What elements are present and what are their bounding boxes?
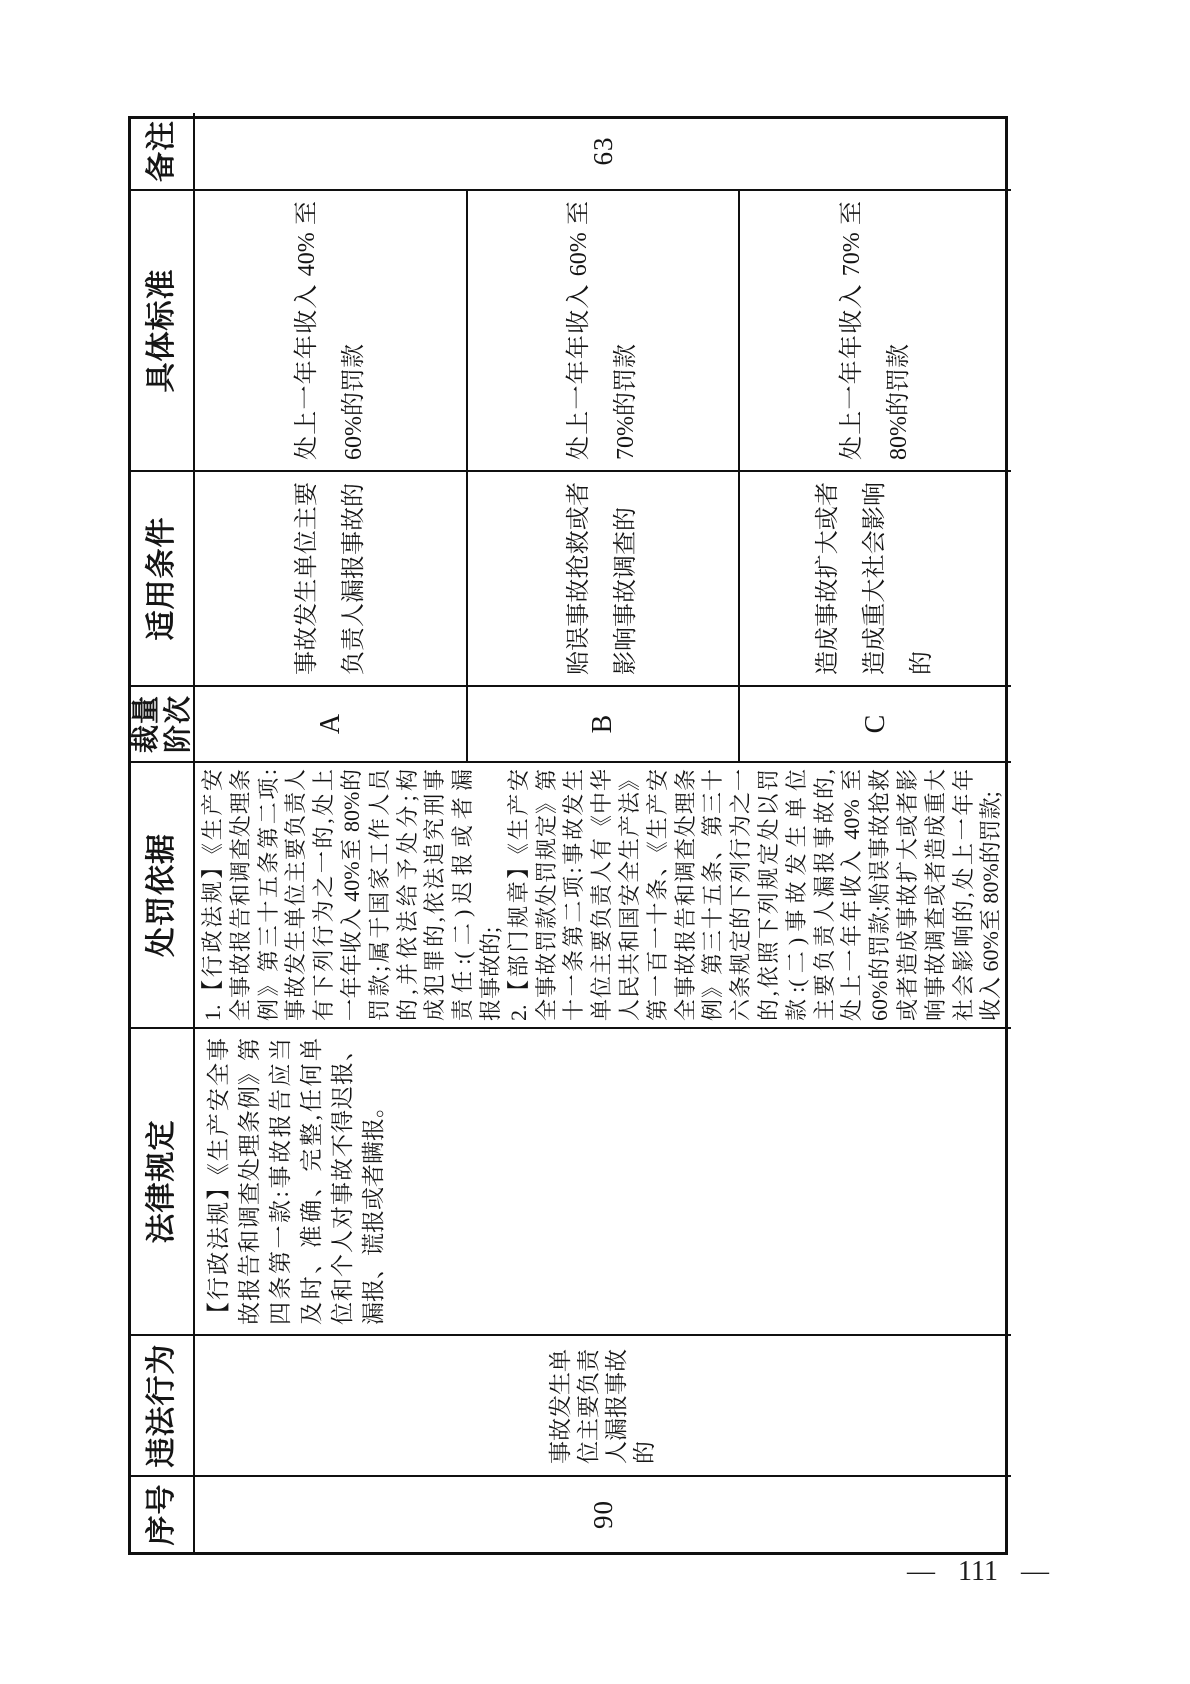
legal-provision-text: 【行政法规】《生产安全事故报告和调查处理条例》第四条第一款:事故报告应当及时、准… bbox=[203, 1038, 389, 1325]
cell-violation: 事故发生单位主要负责人漏报事故的 bbox=[195, 1334, 1011, 1475]
cell-serial-number: 90 bbox=[195, 1475, 1011, 1552]
document-page: 序号 违法行为 法律规定 处罚依据 裁量 阶次 适用条件 具体标准 备注 90 … bbox=[0, 0, 1190, 1684]
text-line: 负责人漏报事故的 bbox=[331, 482, 378, 675]
standard-c-text: 处上一年年收入 70% 至80%的罚款 bbox=[829, 201, 923, 460]
col-header-legal: 法律规定 bbox=[131, 1027, 195, 1334]
text-line: 款:(二)事故发生单位 bbox=[783, 769, 811, 1021]
text-line: 四条第一款:事故报告应当 bbox=[265, 1038, 296, 1325]
text-line: 处上一年年收入 70% 至 bbox=[829, 201, 876, 460]
cell-legal-provision: 【行政法规】《生产安全事故报告和调查处理条例》第四条第一款:事故报告应当及时、准… bbox=[195, 1027, 1011, 1334]
text-line: 响事故调查或者造成重大 bbox=[922, 769, 950, 1021]
cell-standard-a: 处上一年年收入 40% 至60%的罚款 bbox=[195, 189, 468, 470]
text-line: 社会影响的,处上一年年 bbox=[950, 769, 978, 1021]
col-header-remark: 备注 bbox=[131, 113, 195, 189]
col-header-tier: 裁量 阶次 bbox=[131, 685, 195, 761]
condition-c-text: 造成事故扩大或者造成重大社会影响的 bbox=[805, 482, 946, 675]
cell-remark-number: 63 bbox=[195, 113, 1011, 189]
text-line: 70%的罚款 bbox=[603, 201, 650, 460]
text-line: 1.【行政法规】《生产安 bbox=[199, 769, 227, 1021]
text-line: 60%的罚款;贻误事故抢救 bbox=[866, 769, 894, 1021]
text-line: 【行政法规】《生产安全事 bbox=[203, 1038, 234, 1325]
standard-a-text: 处上一年年收入 40% 至60%的罚款 bbox=[284, 201, 378, 460]
text-line: 例》第三十五条第二项: bbox=[255, 769, 283, 1021]
condition-b-text: 贻误事故抢救或者影响事故调查的 bbox=[556, 482, 650, 675]
text-line: 第一百一十条、《生产安 bbox=[644, 769, 672, 1021]
penalty-discretion-table: 序号 违法行为 法律规定 处罚依据 裁量 阶次 适用条件 具体标准 备注 90 … bbox=[128, 116, 1008, 1555]
text-line: 80%的罚款 bbox=[876, 201, 923, 460]
text-line: 人民共和国安全生产法》 bbox=[616, 769, 644, 1021]
condition-a-text: 事故发生单位主要负责人漏报事故的 bbox=[284, 482, 378, 675]
col-header-penalty-basis: 处罚依据 bbox=[131, 761, 195, 1027]
text-line: 罚款;属于国家工作人员 bbox=[366, 769, 394, 1021]
col-header-condition: 适用条件 bbox=[131, 470, 195, 685]
text-line: 全事故报告和调查处理条 bbox=[227, 769, 255, 1021]
text-line: 人漏报事故 bbox=[603, 1347, 631, 1464]
cell-penalty-basis: 1.【行政法规】《生产安全事故报告和调查处理条例》第三十五条第二项:事故发生单位… bbox=[195, 761, 1011, 1027]
text-line: 位主要负责 bbox=[575, 1347, 603, 1464]
text-line: 成犯罪的,依法追究刑事 bbox=[421, 769, 449, 1021]
penalty-basis-text: 1.【行政法规】《生产安全事故报告和调查处理条例》第三十五条第二项:事故发生单位… bbox=[199, 769, 1005, 1021]
text-line: 有下列行为之一的,处上 bbox=[310, 769, 338, 1021]
text-line: 2.【部门规章】《生产安 bbox=[505, 769, 533, 1021]
text-line: 报事故的; bbox=[477, 769, 505, 1021]
cell-tier-b: B bbox=[468, 685, 740, 761]
cell-standard-c: 处上一年年收入 70% 至80%的罚款 bbox=[740, 189, 1011, 470]
text-line: 处上一年年收入 40% 至 bbox=[838, 769, 866, 1021]
text-line: 的 bbox=[899, 482, 946, 675]
page-number: — 111 — bbox=[848, 1556, 1108, 1592]
cell-condition-c: 造成事故扩大或者造成重大社会影响的 bbox=[740, 470, 1011, 685]
cell-tier-a: A bbox=[195, 685, 468, 761]
text-line: 事故发生单 bbox=[547, 1347, 575, 1464]
col-header-standard: 具体标准 bbox=[131, 189, 195, 470]
text-line: 或者造成事故扩大或者影 bbox=[894, 769, 922, 1021]
text-line: 造成重大社会影响 bbox=[852, 482, 899, 675]
text-line: 贻误事故抢救或者 bbox=[556, 482, 603, 675]
text-line: 影响事故调查的 bbox=[603, 482, 650, 675]
text-line: 六条规定的下列行为之一 bbox=[727, 769, 755, 1021]
col-header-serial: 序号 bbox=[131, 1475, 195, 1552]
cell-tier-c: C bbox=[740, 685, 1011, 761]
text-line: 的,依照下列规定处以罚 bbox=[755, 769, 783, 1021]
text-line: 全事故罚款处罚规定》第 bbox=[533, 769, 561, 1021]
text-line: 漏报、谎报或者瞒报。 bbox=[358, 1038, 389, 1325]
text-line: 事故发生单位主要负责人 bbox=[282, 769, 310, 1021]
text-line: 故报告和调查处理条例》第 bbox=[234, 1038, 265, 1325]
standard-b-text: 处上一年年收入 60% 至70%的罚款 bbox=[556, 201, 650, 460]
text-line: 责任:(二)迟报或者漏 bbox=[449, 769, 477, 1021]
rotated-table-container: 序号 违法行为 法律规定 处罚依据 裁量 阶次 适用条件 具体标准 备注 90 … bbox=[128, 116, 1008, 1555]
text-line: 主要负责人漏报事故的, bbox=[811, 769, 839, 1021]
text-line: 位和个人对事故不得迟报、 bbox=[327, 1038, 358, 1325]
text-line: 一年年收入 40%至 80%的 bbox=[338, 769, 366, 1021]
cell-standard-b: 处上一年年收入 60% 至70%的罚款 bbox=[468, 189, 740, 470]
text-line: 造成事故扩大或者 bbox=[805, 482, 852, 675]
text-line: 60%的罚款 bbox=[331, 201, 378, 460]
text-line: 事故发生单位主要 bbox=[284, 482, 331, 675]
text-line: 处上一年年收入 40% 至 bbox=[284, 201, 331, 460]
text-line: 的 bbox=[631, 1347, 659, 1464]
violation-text: 事故发生单位主要负责人漏报事故的 bbox=[547, 1347, 659, 1464]
text-line: 例》第三十五条、第三十 bbox=[699, 769, 727, 1021]
text-line: 处上一年年收入 60% 至 bbox=[556, 201, 603, 460]
text-line: 全事故报告和调查处理条 bbox=[672, 769, 700, 1021]
text-line: 单位主要负责人有《中华 bbox=[588, 769, 616, 1021]
text-line: 收入 60%至 80%的罚款; bbox=[977, 769, 1005, 1021]
text-line: 的,并依法给予处分;构 bbox=[394, 769, 422, 1021]
cell-condition-a: 事故发生单位主要负责人漏报事故的 bbox=[195, 470, 468, 685]
text-line: 十一条第二项:事故发生 bbox=[560, 769, 588, 1021]
cell-condition-b: 贻误事故抢救或者影响事故调查的 bbox=[468, 470, 740, 685]
text-line: 及时、准确、完整,任何单 bbox=[296, 1038, 327, 1325]
col-header-violation: 违法行为 bbox=[131, 1334, 195, 1475]
